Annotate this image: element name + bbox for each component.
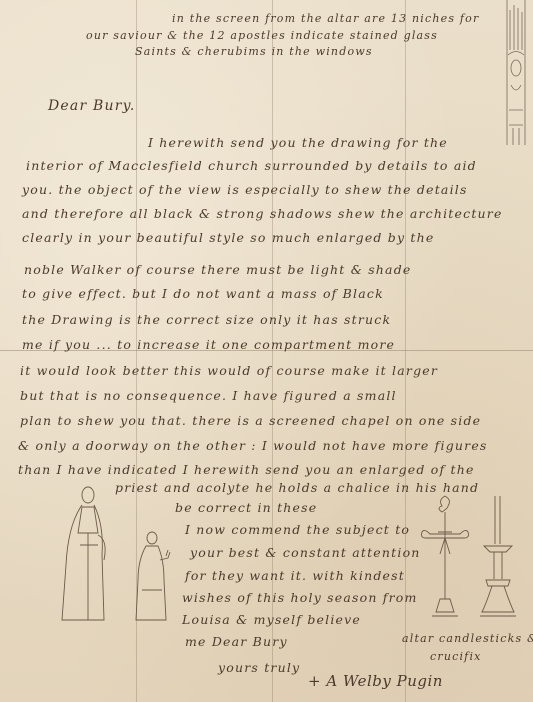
letter-page: in the screen from the altar are 13 nich… <box>0 0 533 702</box>
body-line: priest and acolyte he holds a chalice in… <box>115 480 479 495</box>
closing: yours truly <box>218 660 300 675</box>
body-line: noble Walker of course there must be lig… <box>24 262 412 277</box>
postscript-line: our saviour & the 12 apostles indicate s… <box>86 29 438 42</box>
body-line: I herewith send you the drawing for the <box>148 135 448 150</box>
body-line: but that is no consequence. I have figur… <box>20 388 397 403</box>
body-line: than I have indicated I herewith send yo… <box>18 462 475 477</box>
body-line: I now commend the subject to <box>185 522 410 537</box>
crucifix-sketch <box>420 494 470 619</box>
body-line: me Dear Bury <box>185 634 288 649</box>
body-line: plan to shew you that. there is a screen… <box>20 413 481 428</box>
body-line: it would look better this would of cours… <box>20 363 438 378</box>
body-line: and therefore all black & strong shadows… <box>22 206 503 221</box>
body-line: your best & constant attention <box>190 545 421 560</box>
signature: + A Welby Pugin <box>308 672 443 690</box>
margin-screen-detail-sketch <box>505 0 527 150</box>
body-line: clearly in your beautiful style so much … <box>22 230 435 245</box>
sketch-caption: altar candlesticks & <box>402 632 533 645</box>
body-line: to give effect. but I do not want a mass… <box>22 286 384 301</box>
body-line: interior of Macclesfield church surround… <box>26 158 477 173</box>
body-line: the Drawing is the correct size only it … <box>22 312 391 327</box>
body-line: you. the object of the view is especiall… <box>22 182 468 197</box>
body-line: me if you ... to increase it one compart… <box>22 337 395 352</box>
salutation: Dear Bury. <box>48 98 136 114</box>
sketch-caption: crucifix <box>430 650 482 663</box>
body-line: Louisa & myself believe <box>182 612 361 627</box>
body-line: & only a doorway on the other : I would … <box>18 438 488 453</box>
postscript-line: in the screen from the altar are 13 nich… <box>172 12 479 25</box>
body-line: for they want it. with kindest <box>185 568 405 583</box>
postscript-line: Saints & cherubims in the windows <box>135 45 373 58</box>
body-line: wishes of this holy season from <box>182 590 418 605</box>
altar-candlestick-sketch <box>478 494 518 619</box>
acolyte-figure-sketch <box>132 530 172 625</box>
priest-figure-sketch <box>58 485 110 625</box>
body-line: be correct in these <box>175 500 317 515</box>
